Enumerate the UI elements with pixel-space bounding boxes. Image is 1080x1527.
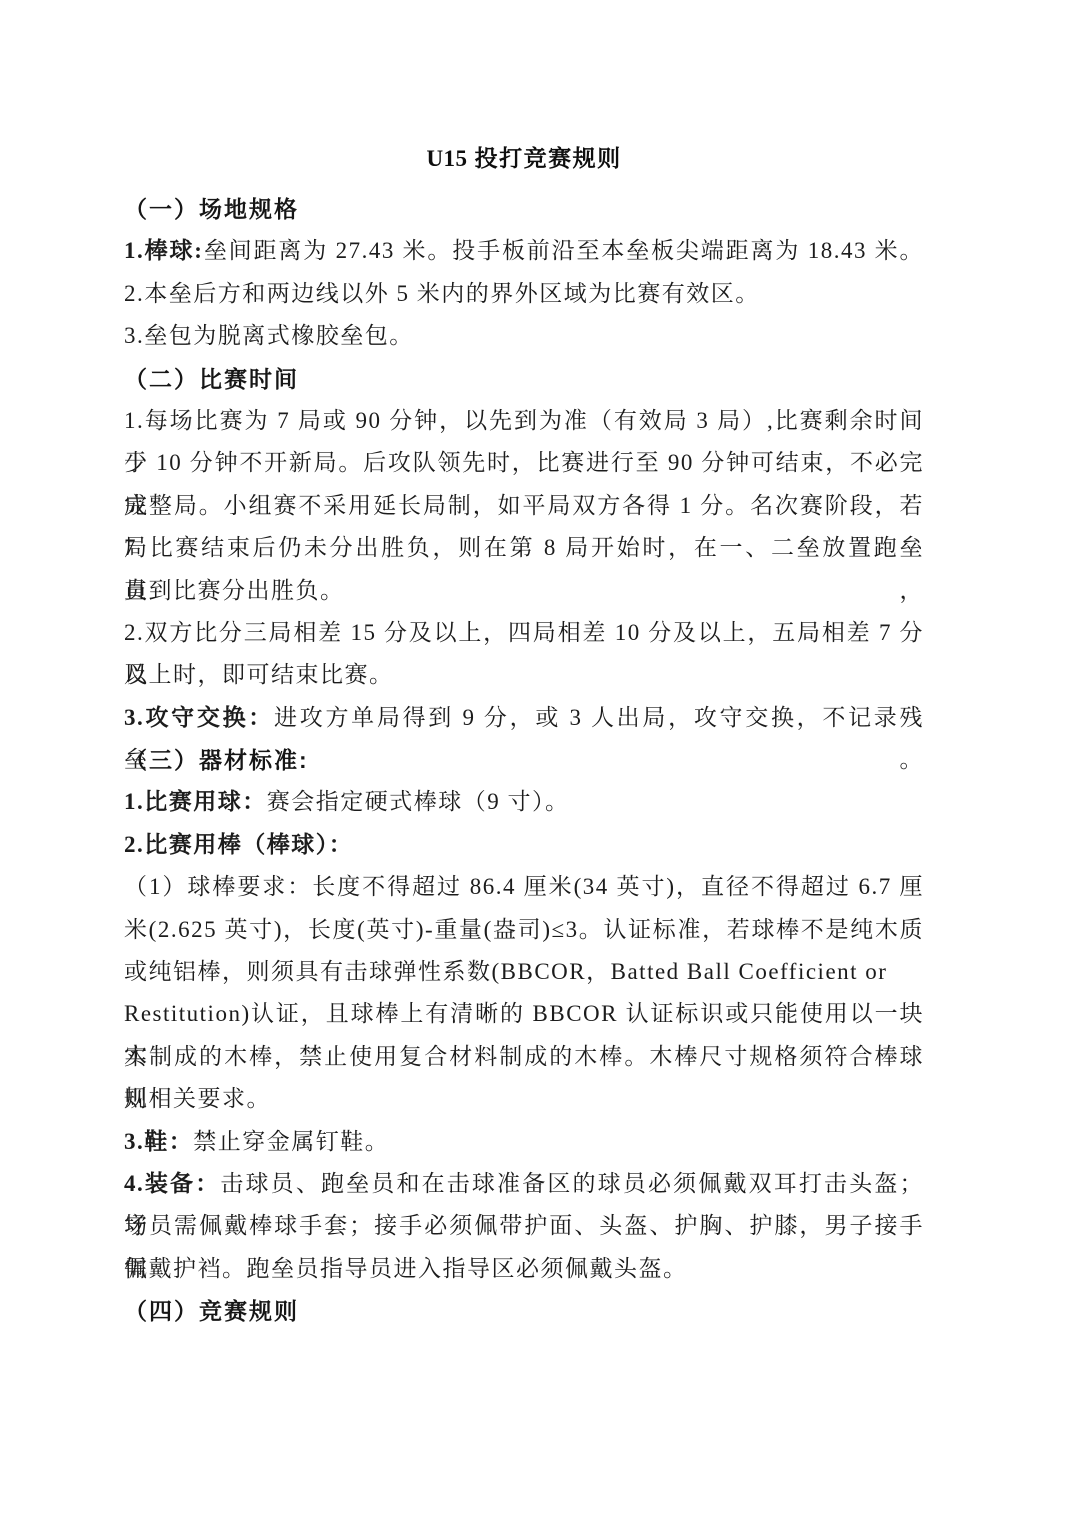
line-text: 垒间距离为 27.43 米。投手板前沿至本垒板尖端距离为 18.43 米。 bbox=[203, 238, 924, 263]
text-line: 米(2.625 英寸)，长度(英寸)-重量(盎司)≤3。认证标准，若球棒不是纯木… bbox=[124, 909, 924, 951]
line-lead-label: 3.鞋： bbox=[124, 1129, 193, 1154]
text-line: 佩戴护裆。跑垒员指导员进入指导区必须佩戴头盔。 bbox=[124, 1248, 924, 1290]
text-line: 于 10 分钟不开新局。后攻队领先时，比赛进行至 90 分钟可结束，不必完成 bbox=[124, 442, 924, 484]
line-text: （1）球棒要求：长度不得超过 86.4 厘米(34 英寸)，直径不得超过 6.7… bbox=[124, 874, 924, 899]
section-heading-label: （二）比赛时间 bbox=[124, 366, 299, 392]
document-title: U15投打竞赛规则 bbox=[124, 140, 924, 176]
text-line: 1.比赛用球：赛会指定硬式棒球（9 寸）。 bbox=[124, 781, 924, 823]
line-text: 3.垒包为脱离式橡胶垒包。 bbox=[124, 323, 414, 348]
section-heading: （二）比赛时间 bbox=[124, 358, 924, 400]
text-line: （1）球棒要求：长度不得超过 86.4 厘米(34 英寸)，直径不得超过 6.7… bbox=[124, 866, 924, 908]
section-heading-label: （三）器材标准: bbox=[124, 747, 309, 773]
text-line: 木制成的木棒，禁止使用复合材料制成的木棒。木棒尺寸规格须符合棒球规 bbox=[124, 1036, 924, 1078]
title-prefix: U15 bbox=[426, 146, 467, 171]
section-heading-label: （四）竞赛规则 bbox=[124, 1298, 299, 1324]
text-line: 场员需佩戴棒球手套；接手必须佩带护面、头盔、护胸、护膝，男子接手需 bbox=[124, 1205, 924, 1247]
text-line: 2.双方比分三局相差 15 分及以上，四局相差 10 分及以上，五局相差 7 分… bbox=[124, 612, 924, 654]
text-line: 4.装备：击球员、跑垒员和在击球准备区的球员必须佩戴双耳打击头盔；守 bbox=[124, 1163, 924, 1205]
text-line: 3.垒包为脱离式橡胶垒包。 bbox=[124, 315, 924, 357]
text-line: 完整局。小组赛不采用延长局制，如平局双方各得 1 分。名次赛阶段，若 7 bbox=[124, 485, 924, 527]
line-text: 米(2.625 英寸)，长度(英寸)-重量(盎司)≤3。认证标准，若球棒不是纯木… bbox=[124, 917, 924, 942]
text-line: 或纯铝棒，则须具有击球弹性系数(BBCOR，Batted Ball Coeffi… bbox=[124, 951, 924, 993]
line-lead-label: 4.装备： bbox=[124, 1171, 220, 1196]
line-text: 或纯铝棒，则须具有击球弹性系数(BBCOR，Batted Ball Coeffi… bbox=[124, 959, 887, 984]
text-line: 局比赛结束后仍未分出胜负，则在第 8 局开始时，在一、二垒放置跑垒员， bbox=[124, 527, 924, 569]
line-text: 以上时，即可结束比赛。 bbox=[124, 662, 394, 687]
section-heading-label: （一）场地规格 bbox=[124, 196, 299, 222]
section-heading: （一）场地规格 bbox=[124, 188, 924, 230]
text-line: 3.鞋：禁止穿金属钉鞋。 bbox=[124, 1121, 924, 1163]
line-text: 赛会指定硬式棒球（9 寸）。 bbox=[267, 789, 570, 814]
text-line: 则相关要求。 bbox=[124, 1078, 924, 1120]
document-page: U15投打竞赛规则 （一）场地规格1.棒球:垒间距离为 27.43 米。投手板前… bbox=[0, 0, 1080, 1527]
text-line: 2.比赛用棒（棒球）： bbox=[124, 824, 924, 866]
text-line: Restitution)认证，且球棒上有清晰的 BBCOR 认证标识或只能使用以… bbox=[124, 993, 924, 1035]
text-line: 3.攻守交换：进攻方单局得到 9 分，或 3 人出局，攻守交换，不记录残垒。 bbox=[124, 697, 924, 739]
text-line: 2.本垒后方和两边线以外 5 米内的界外区域为比赛有效区。 bbox=[124, 273, 924, 315]
title-main: 投打竞赛规则 bbox=[475, 145, 622, 171]
line-lead-label: 2.比赛用棒（棒球）： bbox=[124, 832, 353, 857]
text-line: 以上时，即可结束比赛。 bbox=[124, 654, 924, 696]
text-line: 1.棒球:垒间距离为 27.43 米。投手板前沿至本垒板尖端距离为 18.43 … bbox=[124, 230, 924, 272]
line-text: 2.本垒后方和两边线以外 5 米内的界外区域为比赛有效区。 bbox=[124, 281, 760, 306]
line-lead-label: 1.棒球: bbox=[124, 238, 203, 263]
line-text: 则相关要求。 bbox=[124, 1086, 271, 1111]
section-heading: （四）竞赛规则 bbox=[124, 1290, 924, 1332]
line-text: 直到比赛分出胜负。 bbox=[124, 578, 345, 603]
document-body: （一）场地规格1.棒球:垒间距离为 27.43 米。投手板前沿至本垒板尖端距离为… bbox=[124, 188, 924, 1333]
line-lead-label: 1.比赛用球： bbox=[124, 789, 267, 814]
line-lead-label: 3.攻守交换： bbox=[124, 705, 274, 730]
text-line: 1.每场比赛为 7 局或 90 分钟，以先到为准（有效局 3 局）,比赛剩余时间… bbox=[124, 400, 924, 442]
line-text: 禁止穿金属钉鞋。 bbox=[193, 1129, 389, 1154]
line-text: 佩戴护裆。跑垒员指导员进入指导区必须佩戴头盔。 bbox=[124, 1256, 688, 1281]
